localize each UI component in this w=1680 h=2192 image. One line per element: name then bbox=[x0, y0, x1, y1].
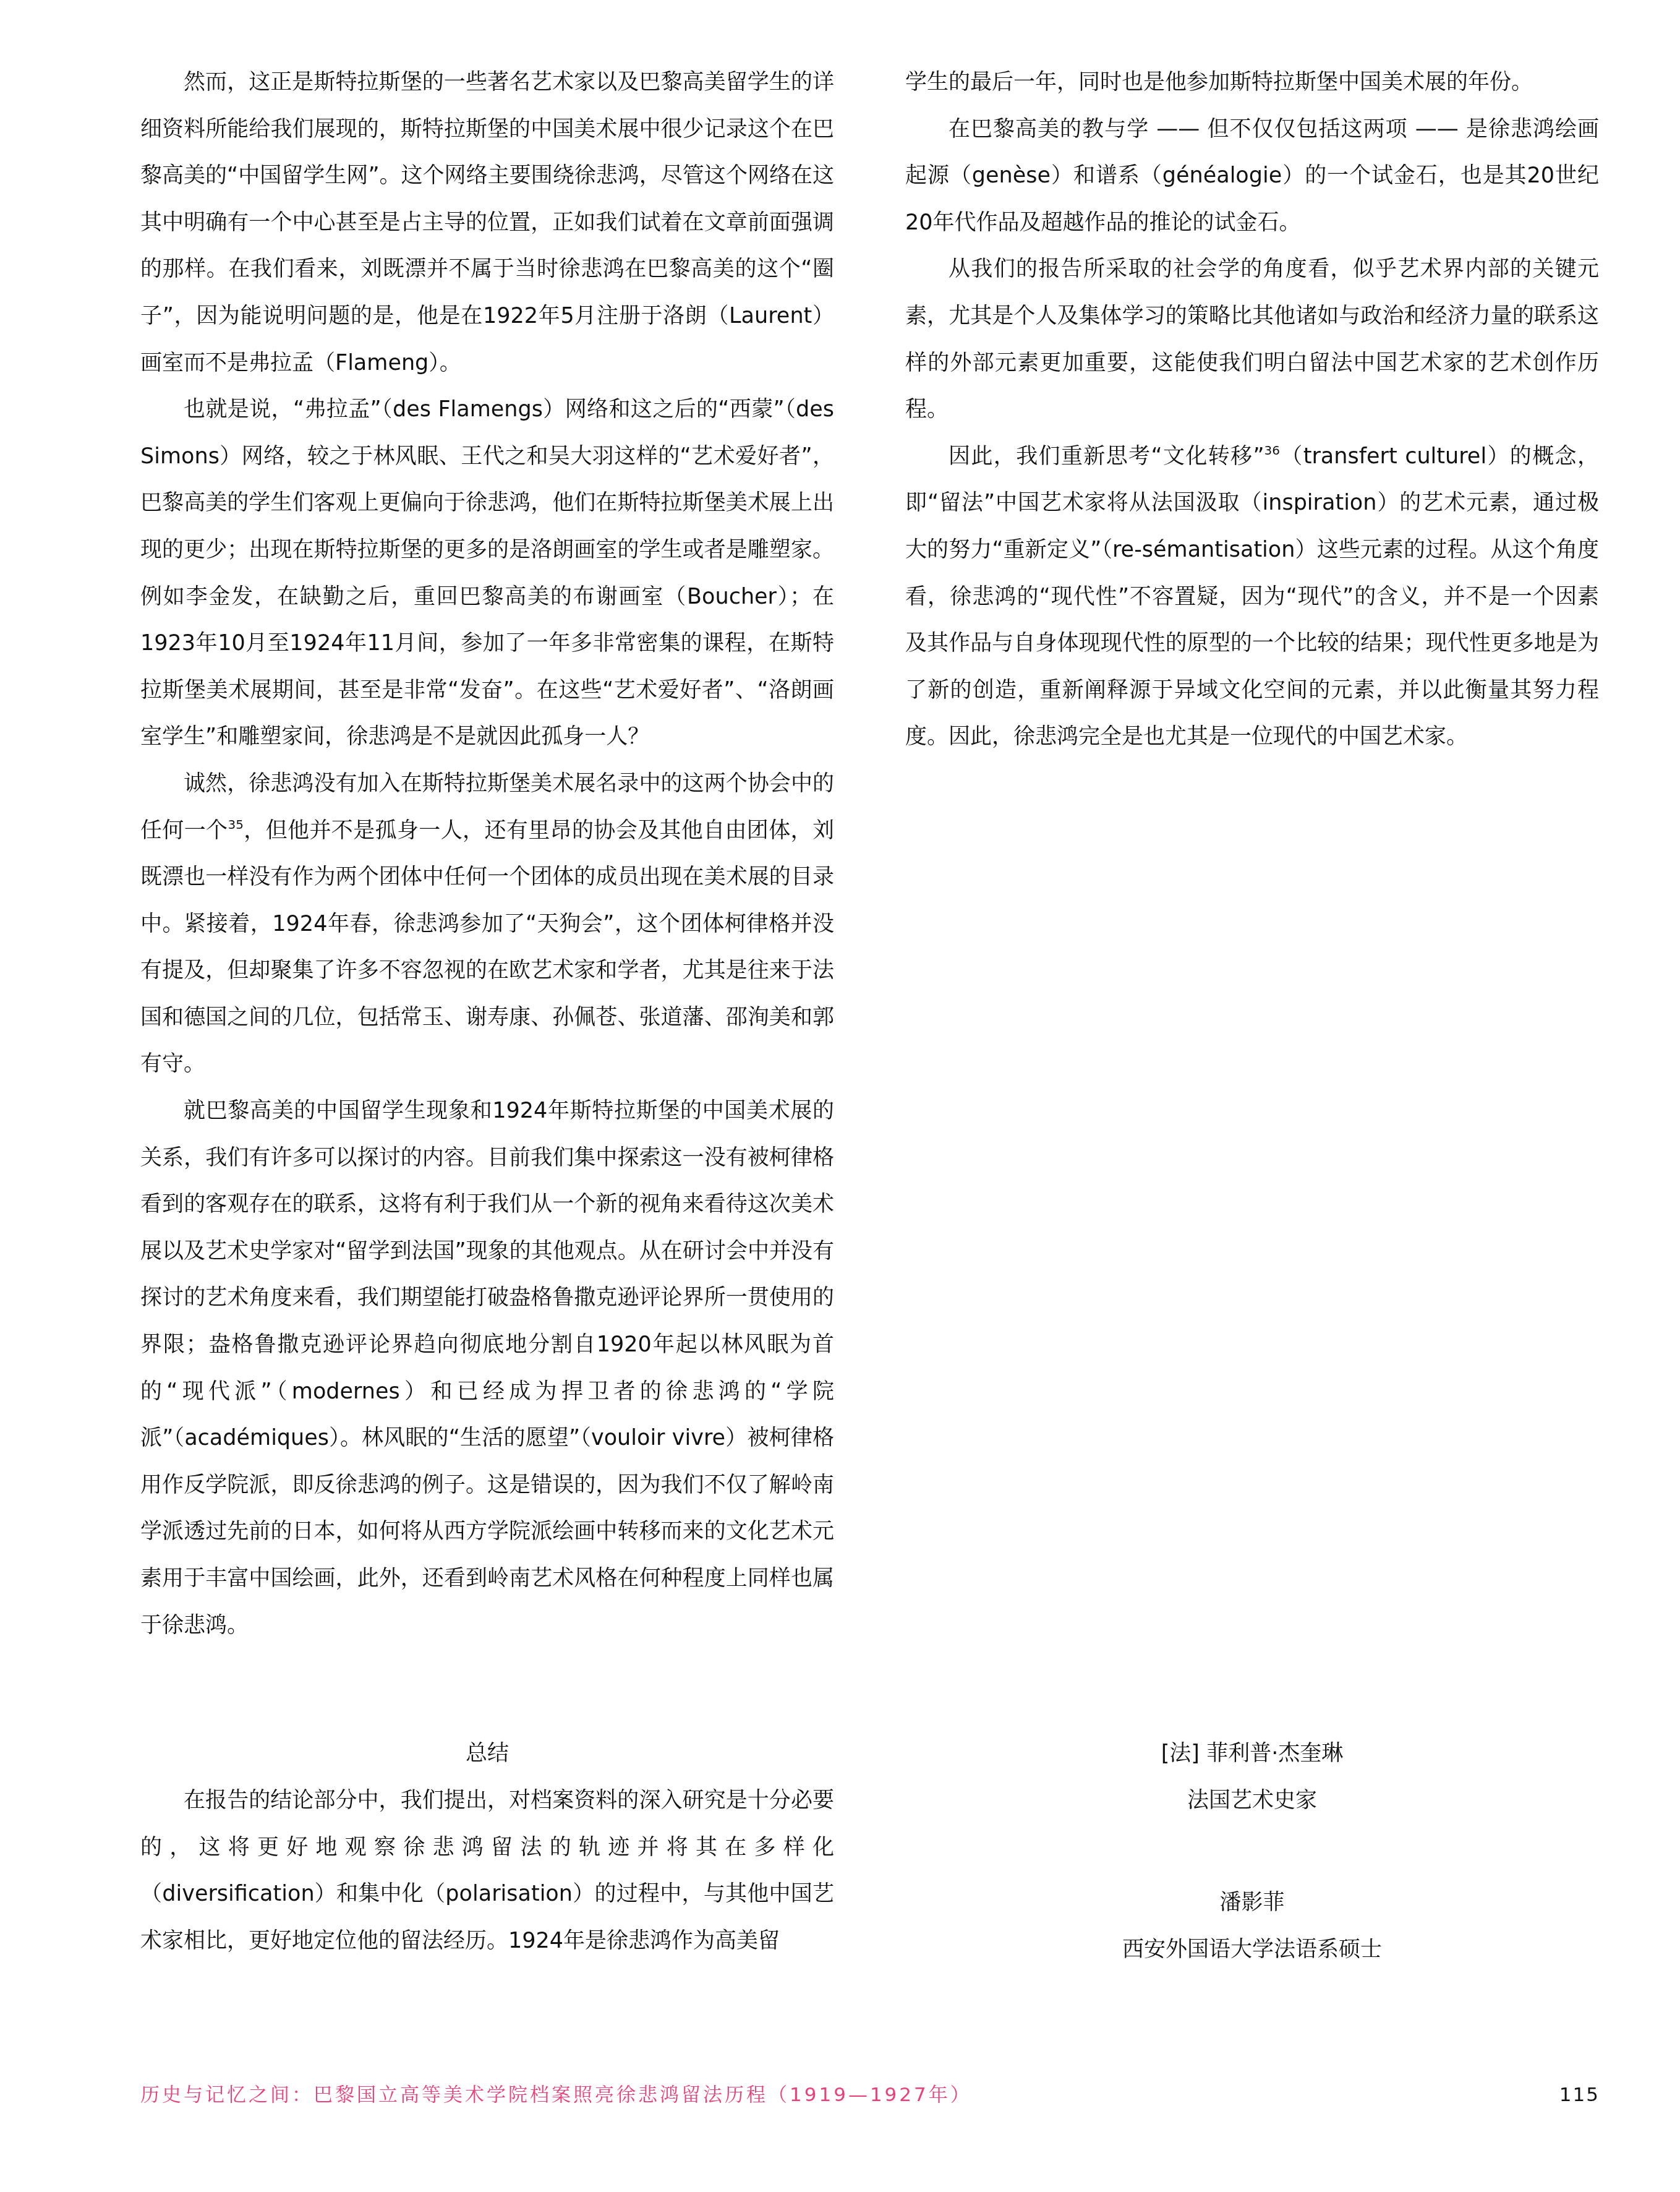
author-title: 法国艺术史家 bbox=[905, 1778, 1599, 1825]
left-column: 然而，这正是斯特拉斯堡的一些著名艺术家以及巴黎高美留学生的详细资料所能给我们展现… bbox=[140, 59, 834, 1649]
body-paragraph: 在巴黎高美的教与学 —— 但不仅仅包括这两项 —— 是徐悲鸿绘画起源（genès… bbox=[905, 106, 1599, 247]
page-footer: 历史与记忆之间：巴黎国立高等美术学院档案照亮徐悲鸿留法历程（1919—1927年… bbox=[140, 2079, 1600, 2110]
translator-name: 潘影菲 bbox=[905, 1880, 1599, 1927]
body-paragraph: 学生的最后一年，同时也是他参加斯特拉斯堡中国美术展的年份。 bbox=[905, 59, 1599, 106]
paragraph-text: （transfert culturel）的概念，即“留法”中国艺术家将从法国汲取… bbox=[905, 444, 1599, 750]
footnote-marker[interactable]: 36 bbox=[1264, 443, 1280, 458]
conclusion-paragraph: 在报告的结论部分中，我们提出，对档案资料的深入研究是十分必要的，这将更好地观察徐… bbox=[140, 1778, 834, 1964]
body-paragraph: 也就是说，“弗拉孟”（des Flamengs）网络和这之后的“西蒙”（des … bbox=[140, 387, 834, 761]
paragraph-text: 因此，我们重新思考“文化转移” bbox=[949, 444, 1264, 469]
body-paragraph: 诚然，徐悲鸿没有加入在斯特拉斯堡美术展名录中的这两个协会中的任何一个35，但他并… bbox=[140, 761, 834, 1088]
section-heading-conclusion: 总结 bbox=[140, 1731, 834, 1778]
right-column: 学生的最后一年，同时也是他参加斯特拉斯堡中国美术展的年份。 在巴黎高美的教与学 … bbox=[905, 59, 1599, 761]
footnote-marker[interactable]: 35 bbox=[228, 817, 244, 832]
paragraph-text: ，但他并不是孤身一人，还有里昂的协会及其他自由团体，刘既漂也一样没有作为两个团体… bbox=[140, 818, 834, 1077]
author-name: [法] 菲利普·杰奎琳 bbox=[905, 1731, 1599, 1778]
body-paragraph: 然而，这正是斯特拉斯堡的一些著名艺术家以及巴黎高美留学生的详细资料所能给我们展现… bbox=[140, 59, 834, 387]
body-paragraph: 因此，我们重新思考“文化转移”36（transfert culturel）的概念… bbox=[905, 434, 1599, 761]
conclusion-section: 在报告的结论部分中，我们提出，对档案资料的深入研究是十分必要的，这将更好地观察徐… bbox=[140, 1778, 834, 1964]
page-number: 115 bbox=[1559, 2079, 1600, 2110]
body-paragraph: 从我们的报告所采取的社会学的角度看，似乎艺术界内部的关键元素，尤其是个人及集体学… bbox=[905, 246, 1599, 433]
running-title: 历史与记忆之间：巴黎国立高等美术学院档案照亮徐悲鸿留法历程（1919—1927年… bbox=[140, 2079, 972, 2110]
author-block: [法] 菲利普·杰奎琳 法国艺术史家 潘影菲 西安外国语大学法语系硕士 bbox=[905, 1731, 1599, 1973]
author-spacer bbox=[905, 1824, 1599, 1880]
translator-title: 西安外国语大学法语系硕士 bbox=[905, 1927, 1599, 1974]
body-paragraph: 就巴黎高美的中国留学生现象和1924年斯特拉斯堡的中国美术展的关系，我们有许多可… bbox=[140, 1088, 834, 1649]
